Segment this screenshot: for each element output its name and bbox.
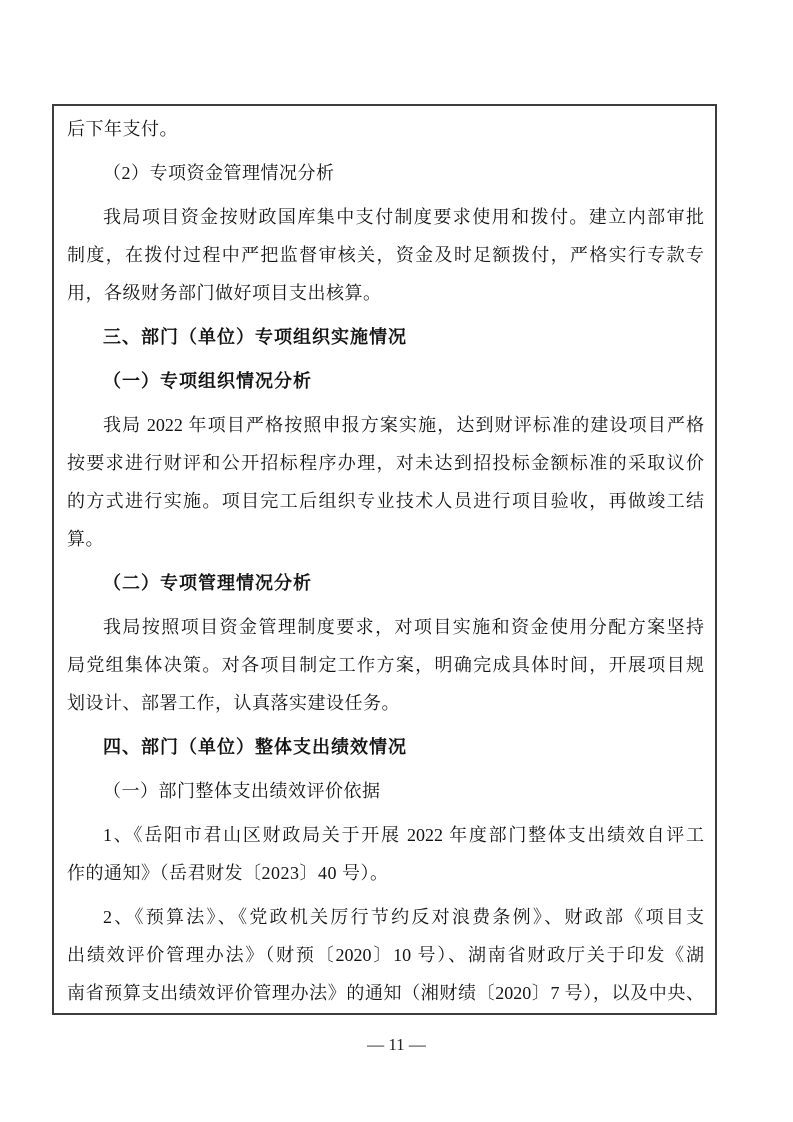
list-item-1-line: 1、《岳阳市君山区财政局关于开展 2022 年度部门整体支出绩效自评工 <box>67 816 704 854</box>
subsection-heading-evaluation-basis: （一）部门整体支出绩效评价依据 <box>67 772 704 810</box>
paragraph-line: 按要求进行财评和公开招标程序办理，对未达到招投标金额标准的采取议价 <box>67 444 704 482</box>
document-page: 后下年支付。 （2）专项资金管理情况分析 我局项目资金按财政国库集中支付制度要求… <box>0 0 793 1122</box>
paragraph-line: 用，各级财务部门做好项目支出核算。 <box>67 274 704 312</box>
paragraph-line: 我局 2022 年项目严格按照申报方案实施，达到财评标准的建设项目严格 <box>67 406 704 444</box>
paragraph-line: 局党组集体决策。对各项目制定工作方案，明确完成具体时间，开展项目规 <box>67 646 704 684</box>
subsection-heading-mgmt-analysis: （二）专项管理情况分析 <box>67 564 704 602</box>
paragraph-line: 划设计、部署工作，认真落实建设任务。 <box>67 684 704 722</box>
list-item-2-line: 出绩效评价管理办法》（财预〔2020〕10 号）、湖南省财政厅关于印发《湖 <box>67 936 704 974</box>
paragraph-line: 的方式进行实施。项目完工后组织专业技术人员进行项目验收，再做竣工结 <box>67 482 704 520</box>
list-item-1-line: 作的通知》（岳君财发〔2023〕40 号）。 <box>67 854 704 892</box>
subheading-special-funds-management: （2）专项资金管理情况分析 <box>67 154 704 192</box>
list-item-2-line: 2、《预算法》、《党政机关厉行节约反对浪费条例》、财政部《项目支 <box>67 898 704 936</box>
paragraph-line: 我局按照项目资金管理制度要求，对项目实施和资金使用分配方案坚持 <box>67 608 704 646</box>
section-heading-four: 四、部门（单位）整体支出绩效情况 <box>67 728 704 766</box>
paragraph-line: 算。 <box>67 520 704 558</box>
subsection-heading-org-analysis: （一）专项组织情况分析 <box>67 362 704 400</box>
paragraph-line: 后下年支付。 <box>67 110 704 148</box>
paragraph-line: 我局项目资金按财政国库集中支付制度要求使用和拨付。建立内部审批 <box>67 198 704 236</box>
paragraph-line: 制度，在拨付过程中严把监督审核关，资金及时足额拨付，严格实行专款专 <box>67 236 704 274</box>
list-item-2-line: 南省预算支出绩效评价管理办法》的通知（湘财绩〔2020〕7 号），以及中央、 <box>67 974 704 1012</box>
page-border-frame: 后下年支付。 （2）专项资金管理情况分析 我局项目资金按财政国库集中支付制度要求… <box>52 104 717 1015</box>
section-heading-three: 三、部门（单位）专项组织实施情况 <box>67 318 704 356</box>
page-number: — 11 — <box>0 1035 793 1055</box>
